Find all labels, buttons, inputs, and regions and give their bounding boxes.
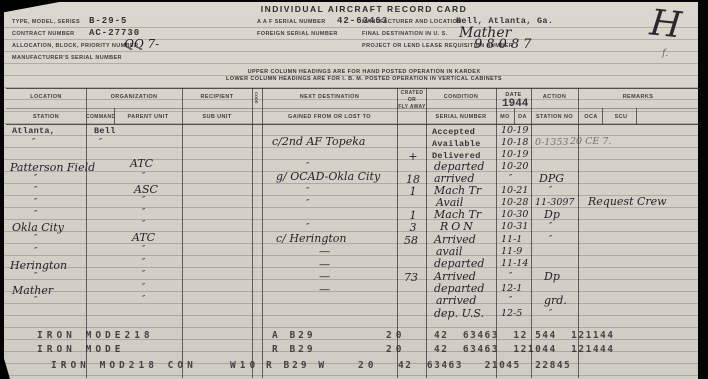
header-station: STATION	[6, 114, 86, 120]
cell-date-ditto: ″	[509, 272, 512, 282]
cell-parent-ditto: ″	[142, 295, 145, 305]
cell-command: Bell	[94, 126, 116, 136]
cell-parent-ditto: ″	[142, 245, 145, 255]
cell-parent-unit: ASC	[134, 183, 158, 196]
cell-action-ditto: ″	[549, 235, 552, 245]
punched-unit: W10	[230, 360, 259, 371]
cell-date: 12-5	[501, 308, 522, 319]
cell-station-ditto: ″	[34, 198, 37, 208]
header-divider-oca	[602, 108, 603, 124]
header-next-destination: NEXT DESTINATION	[262, 94, 397, 100]
field-value-allocation: QQ 7-	[124, 37, 159, 51]
header-command: COMMAND	[86, 114, 114, 120]
column-line	[426, 88, 427, 378]
cell-qty: 1	[400, 185, 426, 198]
header-mid-line	[6, 108, 700, 109]
cell-date: 10-30	[501, 209, 528, 220]
cell-action-ditto: ″	[549, 186, 552, 196]
column-line	[262, 88, 263, 378]
cell-parent-ditto: ″	[142, 220, 145, 230]
punched-serials: 42 63463 21045 22845	[398, 360, 571, 371]
cell-date: 12-1	[501, 283, 522, 294]
header-parent-unit: PARENT UNIT	[114, 114, 182, 120]
header-organization: ORGANIZATION	[86, 94, 182, 100]
header-condition: CONDITION	[426, 94, 496, 100]
field-value-type-model-series: B-29-5	[89, 16, 127, 26]
cell-station-ditto: ″	[34, 186, 37, 196]
cell-parent-ditto: ″	[142, 258, 145, 268]
header-location: LOCATION	[6, 94, 86, 100]
cell-qty: +	[400, 150, 426, 163]
column-heading-notes: UPPER COLUMN HEADINGS ARE FOR HAND POSTE…	[154, 69, 574, 83]
punched-model: R B29 W	[266, 360, 327, 371]
cell-station-ditto: ″	[34, 210, 37, 220]
note-line-2: LOWER COLUMN HEADINGS ARE FOR I. B. M. P…	[154, 76, 574, 83]
header-oca: OCA	[580, 114, 602, 120]
cell-action: DPG	[539, 172, 564, 185]
header-da: DA	[514, 114, 531, 120]
stray-pen-mark: f.	[662, 48, 669, 59]
header-remarks: REMARKS	[578, 94, 698, 100]
header-mo: MO	[496, 114, 514, 120]
cell-condition: Available	[432, 139, 481, 149]
cell-remarks: Request Crew	[588, 195, 667, 208]
punched-name: IRON MODE	[37, 344, 124, 355]
cell-parent-ditto: ″	[142, 270, 145, 280]
cell-station: Mather	[12, 284, 53, 297]
cell-station-ditto: ″	[34, 296, 37, 306]
punched-qty: 20	[358, 360, 377, 371]
scanned-record-card-photo: { "title": "INDIVIDUAL AIRCRAFT RECORD C…	[0, 0, 708, 379]
punched-model: R B29	[272, 344, 316, 355]
column-line	[252, 88, 253, 378]
cell-condition: arrived	[436, 294, 476, 307]
cell-date: 10-19	[501, 149, 528, 160]
header-gained-from-lost-to: GAINED FROM OR LOST TO	[262, 114, 397, 120]
cell-gained-ditto: ″	[306, 199, 309, 209]
field-label-allocation: ALLOCATION, BLOCK, PRIORITY NUMBER	[12, 43, 138, 49]
table-top-border	[6, 88, 700, 89]
header-bottom-border	[6, 124, 700, 125]
cell-action-ditto: ″	[549, 222, 552, 232]
header-serial-number: SERIAL NUMBER	[426, 114, 496, 120]
header-scu: SCU	[608, 114, 634, 120]
cell-parent-ditto: ″	[142, 172, 145, 182]
cell-action: grd.	[544, 294, 567, 307]
cell-action-station-no: 0-1353	[535, 137, 568, 148]
cell-station: Okla City	[12, 221, 64, 234]
handwritten-corner-mark: H	[648, 2, 684, 46]
cell-station-ditto: ″	[34, 174, 37, 184]
field-label-aaf-serial: A A F SERIAL NUMBER	[257, 19, 326, 25]
cell-parent-unit: ATC	[132, 231, 155, 244]
cell-date: 10-31	[501, 221, 528, 232]
cell-date: 11-9	[501, 246, 522, 257]
cell-command-ditto: ″	[99, 138, 102, 148]
cell-gained-ditto: ″	[306, 187, 309, 197]
cell-condition: RON	[440, 220, 476, 233]
cell-gained-dash: —	[319, 270, 330, 283]
cell-date-ditto: ″	[509, 296, 512, 306]
cell-date: 10-20	[501, 161, 528, 172]
cell-date: 10-19	[501, 125, 528, 136]
cell-parent-unit: ATC	[130, 157, 153, 170]
cell-date: 10-28	[501, 197, 528, 208]
cell-date: 11-1	[501, 234, 522, 245]
cell-station: Patterson Field	[10, 161, 95, 174]
cell-station: Herington	[10, 259, 67, 272]
field-label-contract-number: CONTRACT NUMBER	[12, 31, 75, 37]
header-crated-1: CRATED	[398, 90, 426, 96]
punched-name: IRON MOD218 CON	[51, 360, 197, 371]
cell-station-ditto: ″	[34, 234, 37, 244]
field-label-type-model-series: TYPE, MODEL, SERIES	[12, 19, 80, 25]
header-recipient: RECIPIENT	[182, 94, 252, 100]
punched-qty: 20	[386, 330, 405, 341]
cell-qty: 73	[398, 271, 424, 284]
header-station-no: STATION NO	[531, 114, 578, 120]
punched-name: IRON MODE218	[37, 330, 154, 341]
punched-serials: 42 63463 12 544 121144	[434, 330, 615, 341]
photo-corner-shadow-bottom-left	[0, 345, 10, 379]
column-line	[182, 88, 183, 378]
cell-parent-ditto: ″	[142, 283, 145, 293]
cell-gained-dash: —	[319, 283, 330, 296]
punched-qty: 20	[386, 344, 405, 355]
cell-station-ditto: ″	[34, 272, 37, 282]
cell-condition: dep. U.S.	[434, 307, 484, 320]
header-divider-scu	[636, 108, 637, 124]
punched-model: A B29	[272, 330, 316, 341]
header-crated-2: OR	[398, 97, 426, 103]
cell-parent-ditto: ″	[142, 208, 145, 218]
cell-station-ditto: ″	[34, 247, 37, 257]
cell-gained: c/ Herington	[276, 232, 347, 245]
cell-station-ditto: ″	[32, 138, 35, 148]
cell-parent-ditto: ″	[142, 196, 145, 206]
cell-station: Atlanta,	[12, 126, 55, 136]
cell-action-station-no: 11-3097	[535, 197, 574, 208]
cell-condition: Accepted	[432, 127, 475, 137]
cell-date: 11-14	[501, 258, 528, 269]
record-card: INDIVIDUAL AIRCRAFT RECORD CARD TYPE, MO…	[4, 2, 698, 379]
header-crated-3: FLY AWAY	[398, 104, 426, 110]
cell-date-ditto: ″	[509, 174, 512, 184]
cell-remarks: 20 CE 7.	[570, 136, 611, 147]
cell-gained: c/2nd AF Topeka	[272, 135, 365, 148]
header-code-vertical: CODE	[254, 92, 259, 104]
cell-date: 10-21	[501, 185, 528, 196]
cell-qty: 58	[398, 234, 424, 247]
header-action: ACTION	[531, 94, 578, 100]
field-label-foreign-serial: FOREIGN SERIAL NUMBER	[257, 31, 338, 37]
field-label-mfr-serial: MANUFACTURER'S SERIAL NUMBER	[12, 55, 122, 61]
cell-action: Dp	[544, 270, 560, 283]
field-label-manufacturer: MANUFACTURER AND LOCATION	[362, 19, 462, 25]
cell-action: Dp	[544, 208, 560, 221]
cell-qty: 3	[400, 221, 426, 234]
photo-corner-shadow-top-left	[0, 0, 70, 13]
year-stamp: 1944	[502, 98, 528, 110]
cell-condition: departed	[434, 257, 484, 270]
note-line-1: UPPER COLUMN HEADINGS ARE FOR HAND POSTE…	[154, 69, 574, 76]
cell-gained: g/ OCAD-Okla City	[276, 170, 380, 183]
cell-gained-dash: —	[319, 245, 330, 258]
card-title: INDIVIDUAL AIRCRAFT RECORD CARD	[154, 4, 574, 14]
cell-action-ditto: ″	[549, 309, 552, 319]
field-value-project-number: 98087	[474, 37, 535, 52]
header-sub-unit: SUB UNIT	[182, 114, 252, 120]
punched-serials: 42 63463 121044 121444	[434, 344, 615, 355]
field-label-final-destination: FINAL DESTINATION IN U. S.	[362, 31, 448, 37]
cell-date: 10-18	[501, 137, 528, 148]
